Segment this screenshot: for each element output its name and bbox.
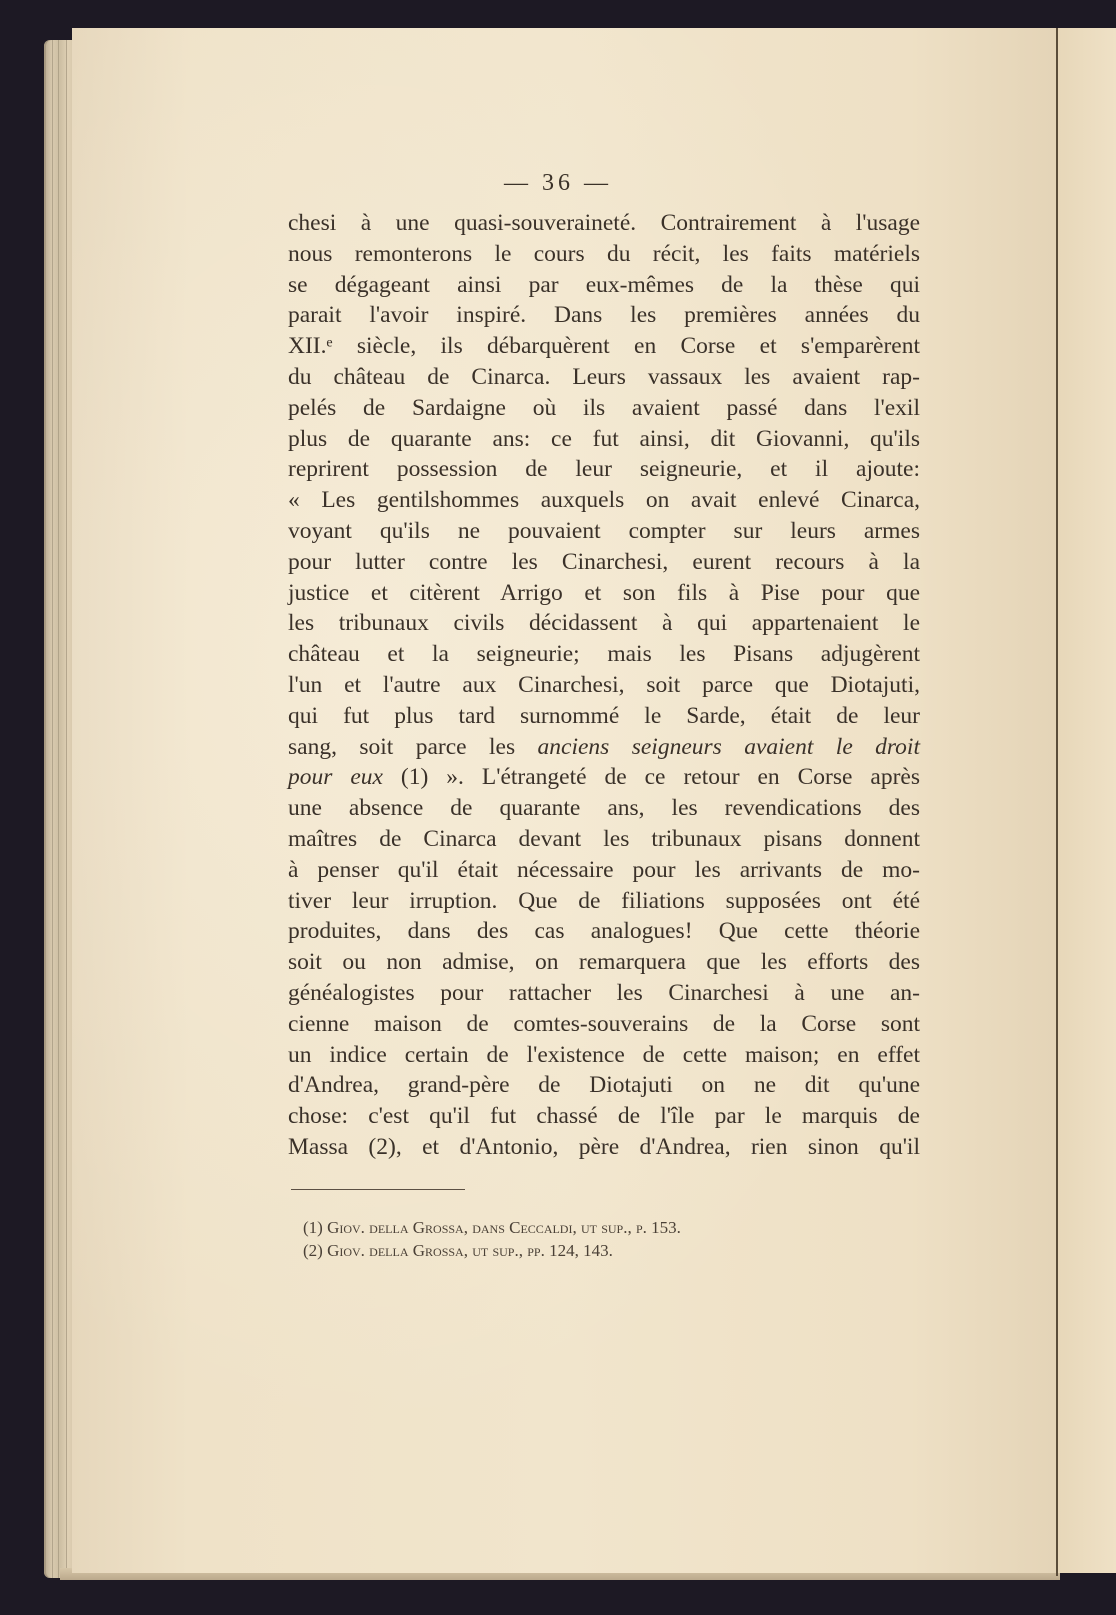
text-line: voyant qu'ils ne pouvaient compter sur l… (288, 516, 920, 547)
text-segment: les tribunaux civils décidassent à qui a… (288, 610, 920, 636)
text-segment: sang, soit parce les (288, 734, 538, 760)
text-line: pour lutter contre les Cinarchesi, euren… (288, 547, 920, 578)
text-line: les tribunaux civils décidassent à qui a… (288, 608, 920, 639)
footnote-marker: (1) (303, 1218, 327, 1237)
text-line: tiver leur irruption. Que de filiations … (288, 886, 920, 917)
text-segment: produites, dans des cas analogues! Que c… (288, 918, 920, 944)
text-line: sang, soit parce les anciens seigneurs a… (288, 732, 920, 763)
text-line: parait l'avoir inspiré. Dans les premièr… (288, 300, 920, 331)
text-line: d'Andrea, grand-père de Diotajuti on ne … (288, 1070, 920, 1101)
text-segment: pour lutter contre les Cinarchesi, euren… (288, 549, 920, 575)
text-line: « Les gentilshommes auxquels on avait en… (288, 485, 920, 516)
footnote-marker: (2) (303, 1241, 327, 1260)
text-line: maîtres de Cinarca devant les tribunaux … (288, 824, 920, 855)
text-line: pour eux (1) ». L'étrangeté de ce retour… (288, 762, 920, 793)
text-line: se dégageant ainsi par eux-mêmes de la t… (288, 270, 920, 301)
text-segment: reprirent possession de leur seigneurie,… (288, 456, 920, 482)
footnote-rule (291, 1189, 465, 1190)
text-segment: l'un et l'autre aux Cinarchesi, soit par… (288, 672, 920, 698)
text-line: généalogistes pour rattacher les Cinarch… (288, 978, 920, 1009)
text-line: du château de Cinarca. Leurs vassaux les… (288, 362, 920, 393)
text-segment: tiver leur irruption. Que de filiations … (288, 888, 920, 914)
text-segment: « Les gentilshommes auxquels on avait en… (288, 487, 920, 513)
italic-text: pour eux (288, 764, 383, 790)
text-segment: maîtres de Cinarca devant les tribunaux … (288, 826, 920, 852)
text-line: chose: c'est qu'il fut chassé de l'île p… (288, 1101, 920, 1132)
text-segment: justice et citèrent Arrigo et son fils à… (288, 580, 920, 606)
text-segment: Massa (2), et d'Antonio, père d'Andrea, … (288, 1134, 920, 1160)
text-segment: d'Andrea, grand-père de Diotajuti on ne … (288, 1072, 920, 1098)
page-edge-line (66, 40, 67, 1578)
text-segment: soit ou non admise, on remarquera que le… (288, 949, 920, 975)
text-segment: voyant qu'ils ne pouvaient compter sur l… (288, 518, 920, 544)
page-number: — 36 — (0, 170, 1116, 197)
text-line: qui fut plus tard surnommé le Sarde, éta… (288, 701, 920, 732)
text-segment: pelés de Sardaigne où ils avaient passé … (288, 395, 920, 421)
text-segment: à penser qu'il était nécessaire pour les… (288, 857, 920, 883)
text-line: plus de quarante ans: ce fut ainsi, dit … (288, 424, 920, 455)
text-segment: XII.ᵉ siècle, ils débarquèrent en Corse … (288, 333, 920, 359)
text-line: cienne maison de comtes-souverains de la… (288, 1009, 920, 1040)
text-segment: un indice certain de l'existence de cett… (288, 1042, 920, 1068)
text-segment: du château de Cinarca. Leurs vassaux les… (288, 364, 920, 390)
text-segment: (1) ». L'étrangeté de ce retour en Corse… (383, 764, 920, 790)
text-line: justice et citèrent Arrigo et son fils à… (288, 578, 920, 609)
text-segment: nous remonterons le cours du récit, les … (288, 241, 920, 267)
text-line: produites, dans des cas analogues! Que c… (288, 916, 920, 947)
text-segment: chesi à une quasi-souveraineté. Contrair… (288, 210, 920, 236)
text-segment: une absence de quarante ans, les revendi… (288, 795, 920, 821)
text-segment: parait l'avoir inspiré. Dans les premièr… (288, 302, 920, 328)
text-line: château et la seigneurie; mais les Pisan… (288, 639, 920, 670)
text-line: l'un et l'autre aux Cinarchesi, soit par… (288, 670, 920, 701)
text-line: XII.ᵉ siècle, ils débarquèrent en Corse … (288, 331, 920, 362)
italic-text: anciens seigneurs avaient le droit (538, 734, 920, 760)
facing-page-edge (1058, 28, 1116, 1573)
text-line: reprirent possession de leur seigneurie,… (288, 454, 920, 485)
text-line: pelés de Sardaigne où ils avaient passé … (288, 393, 920, 424)
footnotes: (1) Giov. della Grossa, dans Ceccaldi, u… (303, 1216, 681, 1262)
text-segment: plus de quarante ans: ce fut ainsi, dit … (288, 426, 920, 452)
text-line: un indice certain de l'existence de cett… (288, 1040, 920, 1071)
text-segment: château et la seigneurie; mais les Pisan… (288, 641, 920, 667)
footnote-text: Giov. della Grossa, ut sup., pp. 124, 14… (327, 1241, 613, 1260)
body-text: chesi à une quasi-souveraineté. Contrair… (288, 208, 920, 1163)
text-segment: chose: c'est qu'il fut chassé de l'île p… (288, 1103, 920, 1129)
text-segment: cienne maison de comtes-souverains de la… (288, 1011, 920, 1037)
text-line: Massa (2), et d'Antonio, père d'Andrea, … (288, 1132, 920, 1163)
text-segment: se dégageant ainsi par eux-mêmes de la t… (288, 272, 920, 298)
page-edge-line (58, 40, 59, 1578)
text-line: à penser qu'il était nécessaire pour les… (288, 855, 920, 886)
text-line: nous remonterons le cours du récit, les … (288, 239, 920, 270)
text-segment: qui fut plus tard surnommé le Sarde, éta… (288, 703, 920, 729)
footnote: (2) Giov. della Grossa, ut sup., pp. 124… (303, 1239, 681, 1262)
text-segment: généalogistes pour rattacher les Cinarch… (288, 980, 920, 1006)
footnote: (1) Giov. della Grossa, dans Ceccaldi, u… (303, 1216, 681, 1239)
text-line: une absence de quarante ans, les revendi… (288, 793, 920, 824)
text-line: chesi à une quasi-souveraineté. Contrair… (288, 208, 920, 239)
page-edge-line (52, 40, 53, 1578)
footnote-text: Giov. della Grossa, dans Ceccaldi, ut su… (327, 1218, 681, 1237)
text-line: soit ou non admise, on remarquera que le… (288, 947, 920, 978)
